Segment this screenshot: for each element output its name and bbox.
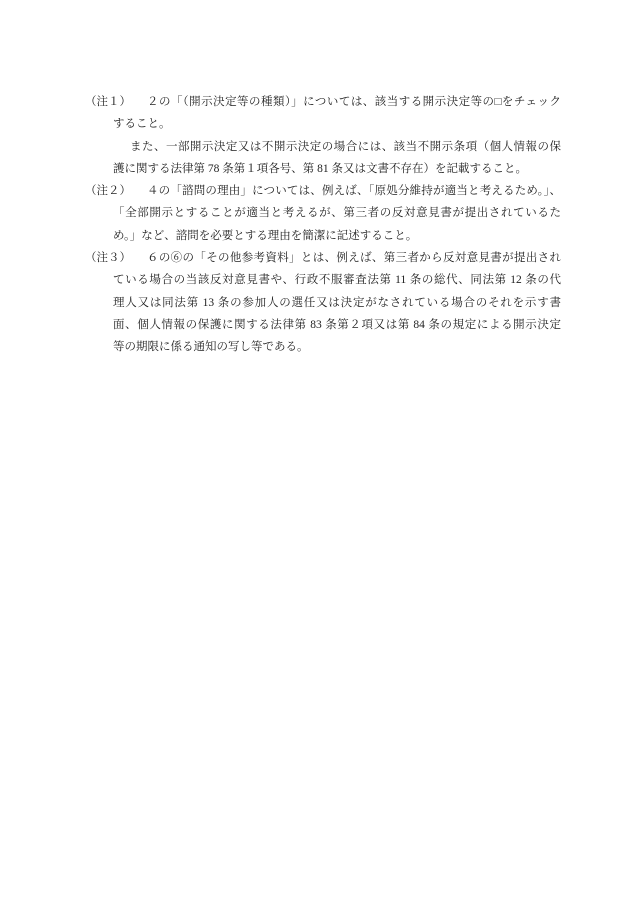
- note-line: 「全部開示とすることが適当と考えるが、第三者の反対意見書が提出されているた: [85, 202, 561, 224]
- note-line-text: ４の「諮問の理由」については、例えば、「原処分維持が適当と考えるため。」、: [147, 180, 561, 202]
- note-3-label: （注３）: [85, 247, 147, 269]
- note-line: （注２） ４の「諮問の理由」については、例えば、「原処分維持が適当と考えるため。…: [85, 180, 561, 202]
- note-1-label: （注１）: [85, 91, 147, 113]
- note-line-text: ２の「（開示決定等の種類）」については、該当する開示決定等の□をチェック: [147, 91, 561, 113]
- notes-block: （注１） ２の「（開示決定等の種類）」については、該当する開示決定等の□をチェッ…: [85, 91, 561, 359]
- note-line: 面、個人情報の保護に関する法律第 83 条第２項又は第 84 条の規定による開示…: [85, 314, 561, 336]
- note-line-text: ６の⑥の「その他参考資料」とは、例えば、第三者から反対意見書が提出され: [147, 247, 561, 269]
- note-line: ている場合の当該反対意見書や、行政不服審査法第 11 条の総代、同法第 12 条…: [85, 269, 561, 291]
- note-2: （注２） ４の「諮問の理由」については、例えば、「原処分維持が適当と考えるため。…: [85, 180, 561, 247]
- note-line: め。」など、諮問を必要とする理由を簡潔に記述すること。: [85, 225, 561, 247]
- note-line: （注３） ６の⑥の「その他参考資料」とは、例えば、第三者から反対意見書が提出され: [85, 247, 561, 269]
- note-line: すること。: [85, 113, 561, 135]
- note-3: （注３） ６の⑥の「その他参考資料」とは、例えば、第三者から反対意見書が提出され…: [85, 247, 561, 358]
- note-line: （注１） ２の「（開示決定等の種類）」については、該当する開示決定等の□をチェッ…: [85, 91, 561, 113]
- note-line: 護に関する法律第 78 条第１項各号、第 81 条又は文書不存在）を記載すること…: [85, 158, 561, 180]
- note-1: （注１） ２の「（開示決定等の種類）」については、該当する開示決定等の□をチェッ…: [85, 91, 561, 180]
- note-line: また、一部開示決定又は不開示決定の場合には、該当不開示条項（個人情報の保: [85, 136, 561, 158]
- note-2-label: （注２）: [85, 180, 147, 202]
- note-line: 等の期限に係る通知の写し等である。: [85, 336, 561, 358]
- note-line: 理人又は同法第 13 条の参加人の選任又は決定がなされている場合のそれを示す書: [85, 292, 561, 314]
- document-page: （注１） ２の「（開示決定等の種類）」については、該当する開示決定等の□をチェッ…: [0, 0, 630, 903]
